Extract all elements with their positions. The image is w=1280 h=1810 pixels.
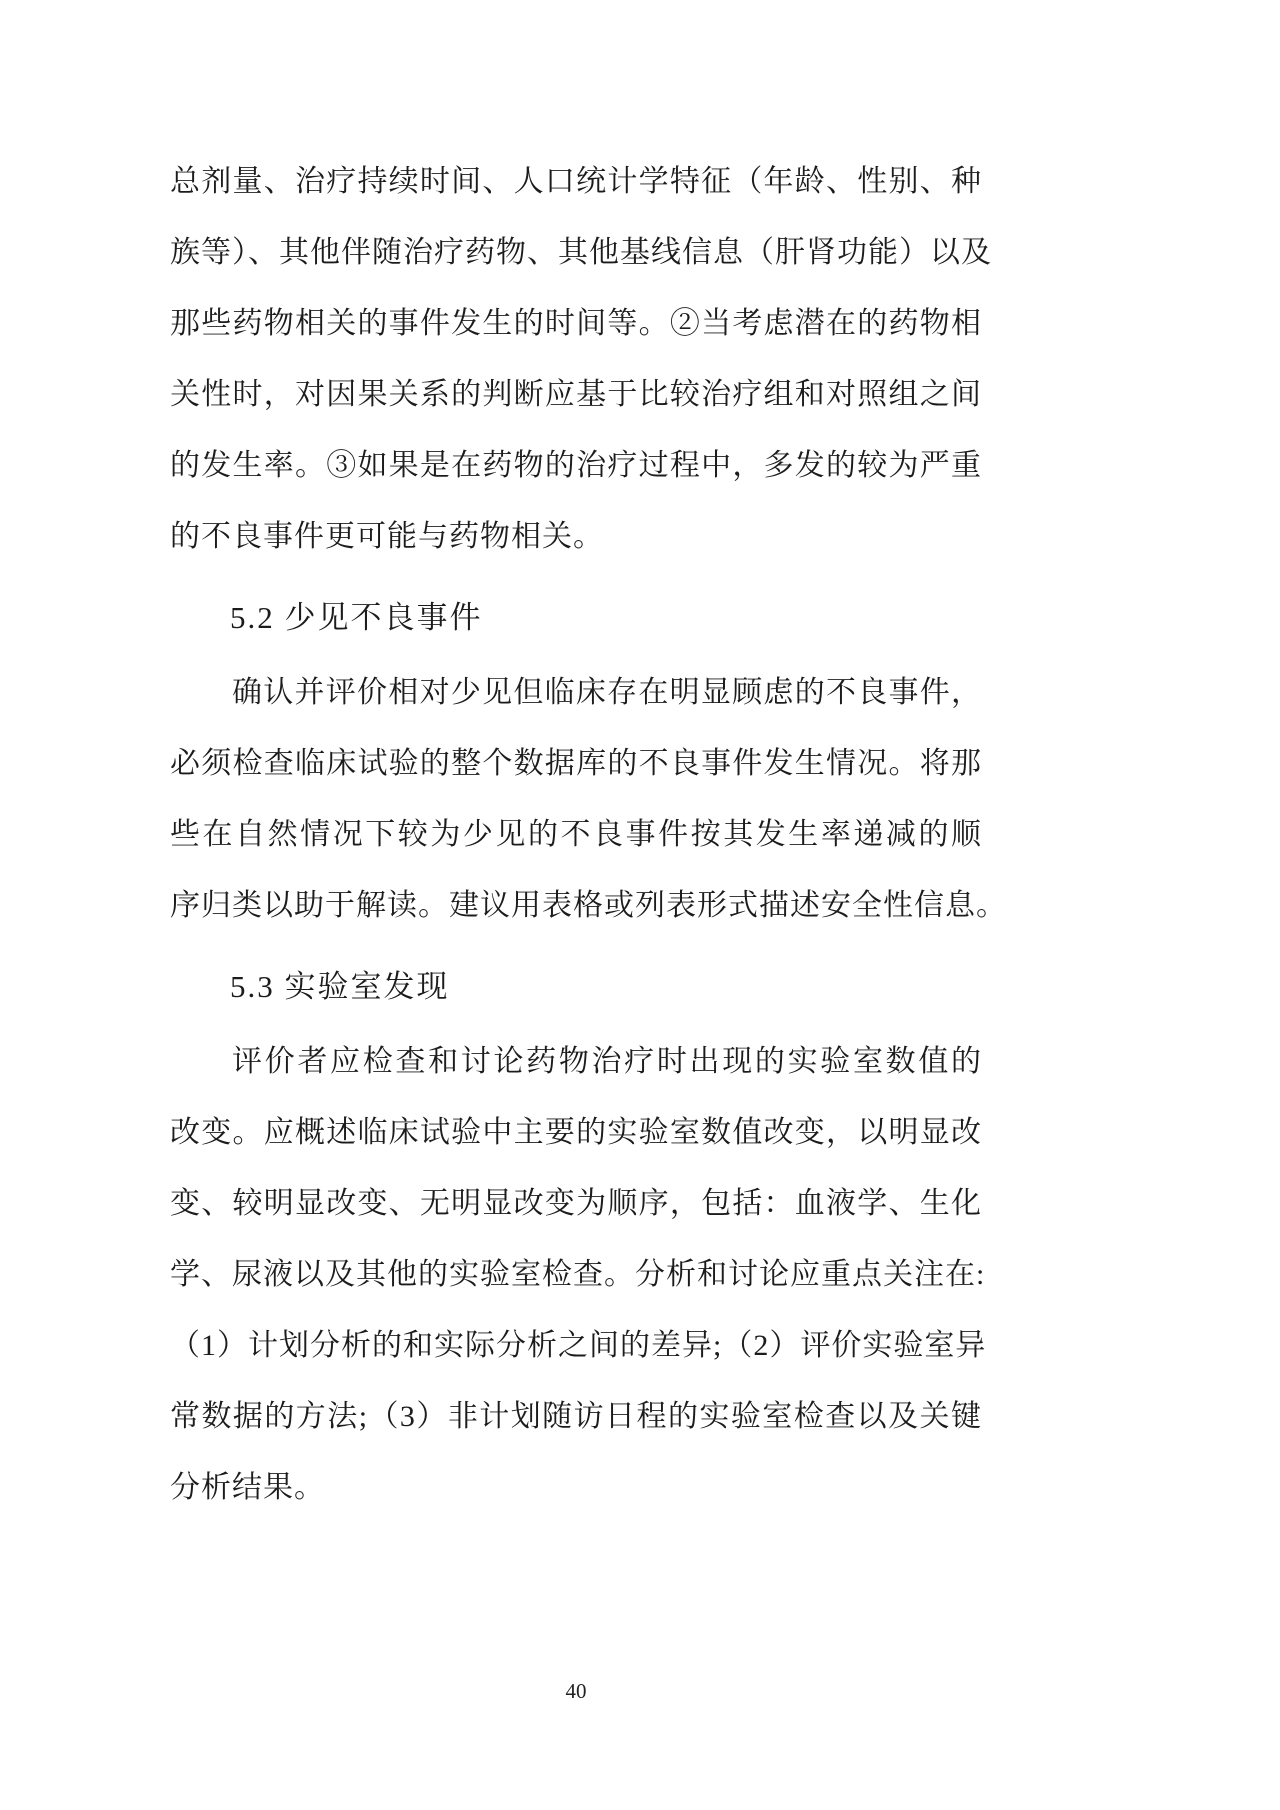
section-heading-5-2: 5.2 少见不良事件 (170, 582, 982, 653)
paragraph-line: 族等）、其他伴随治疗药物、其他基线信息（肝肾功能）以及 (170, 217, 982, 288)
paragraph-line: 变、较明显改变、无明显改变为顺序，包括：血液学、生化 (170, 1168, 982, 1239)
paragraph-line: 的不良事件更可能与药物相关。 (170, 501, 982, 572)
paragraph-line: 关性时，对因果关系的判断应基于比较治疗组和对照组之间 (170, 359, 982, 430)
paragraph-line: 改变。应概述临床试验中主要的实验室数值改变，以明显改 (170, 1097, 982, 1168)
document-page: 总剂量、治疗持续时间、人口统计学特征（年龄、性别、种 族等）、其他伴随治疗药物、… (0, 0, 1280, 1810)
paragraph-line: 那些药物相关的事件发生的时间等。②当考虑潜在的药物相 (170, 288, 982, 359)
document-body: 总剂量、治疗持续时间、人口统计学特征（年龄、性别、种 族等）、其他伴随治疗药物、… (170, 146, 982, 1523)
page-number: 40 (170, 1676, 982, 1706)
paragraph-line: （1）计划分析的和实际分析之间的差异;（2）评价实验室异 (170, 1310, 982, 1381)
section-heading-5-3: 5.3 实验室发现 (170, 951, 982, 1022)
paragraph-line: 评价者应检查和讨论药物治疗时出现的实验室数值的 (170, 1026, 982, 1097)
paragraph-line: 确认并评价相对少见但临床存在明显顾虑的不良事件， (170, 657, 982, 728)
paragraph-line: 分析结果。 (170, 1452, 982, 1523)
paragraph-line: 必须检查临床试验的整个数据库的不良事件发生情况。将那 (170, 728, 982, 799)
paragraph-line: 总剂量、治疗持续时间、人口统计学特征（年龄、性别、种 (170, 146, 982, 217)
paragraph-line: 学、尿液以及其他的实验室检查。分析和讨论应重点关注在: (170, 1239, 982, 1310)
paragraph-line: 些在自然情况下较为少见的不良事件按其发生率递减的顺 (170, 799, 982, 870)
paragraph-line: 常数据的方法;（3）非计划随访日程的实验室检查以及关键 (170, 1381, 982, 1452)
paragraph-line: 序归类以助于解读。建议用表格或列表形式描述安全性信息。 (170, 870, 982, 941)
paragraph-line: 的发生率。③如果是在药物的治疗过程中，多发的较为严重 (170, 430, 982, 501)
